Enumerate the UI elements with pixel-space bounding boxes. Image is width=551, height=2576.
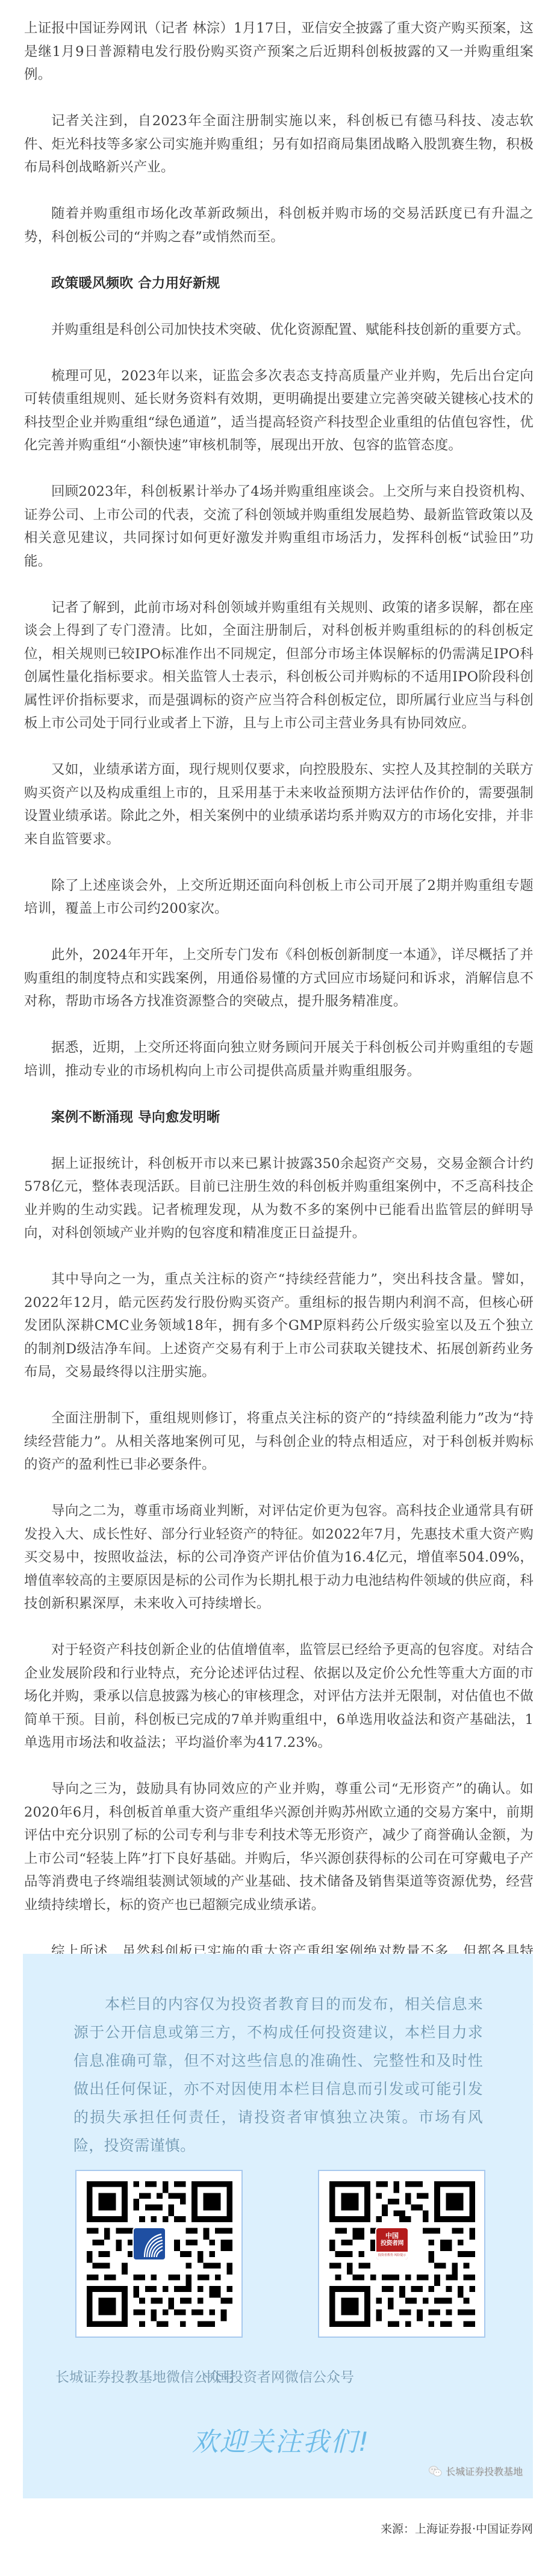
article-paragraph: 记者关注到，自2023年全面注册制实施以来，科创板已有德马科技、凌志软件、炬光科… — [24, 110, 534, 179]
article-paragraph: 记者了解到，此前市场对科创领域并购重组有关规则、政策的诸多误解，都在座谈会上得到… — [24, 596, 534, 735]
article-paragraph: 全面注册制下，重组规则修订，将重点关注标的资产的“持续盈利能力”改为“持续经营能… — [24, 1407, 534, 1477]
article-paragraph: 导向之三为，鼓励具有协同效应的产业并购，尊重公司“无形资产”的确认。如2020年… — [24, 1778, 534, 1917]
article-paragraph: 其中导向之一为，重点关注标的资产“持续经营能力”，突出科技含量。譬如，2022年… — [24, 1268, 534, 1384]
welcome-follow-us: 欢迎关注我们! — [23, 2420, 533, 2459]
article-paragraph: 对于轻资产科技创新企业的估值增值率，监管层已经给予更高的包容度。对结合企业发展阶… — [24, 1639, 534, 1755]
article-paragraph: 又如，业绩承诺方面，现行规则仅要求，向控股股东、实控人及其控制的关联方购买资产以… — [24, 758, 534, 851]
disclaimer-text: 本栏目的内容仅为投资者教育目的而发布，相关信息来源于公开信息或第三方，不构成任何… — [73, 1990, 483, 2160]
article-paragraph: 梳理可见，2023年以来，证监会多次表态支持高质量产业并购，先后出台定向可转债重… — [24, 365, 534, 457]
wechat-icon — [429, 2465, 442, 2477]
article-body: 上证报中国证券网讯（记者 林淙）1月17日，亚信安全披露了重大资产购买预案，这是… — [24, 17, 534, 2148]
investor-education-notice: 本栏目的内容仅为投资者教育目的而发布，相关信息来源于公开信息或第三方，不构成任何… — [23, 1954, 533, 2498]
qr-card-great-wall-securities[interactable] — [75, 2170, 243, 2338]
article-paragraph: 此外，2024年开年，上交所专门发布《科创板创新制度一本通》，详尽概括了并购重组… — [24, 944, 534, 1013]
article-paragraph: 据悉，近期，上交所还将面向独立财务顾问开展关于科创板公司并购重组的专题培训，推动… — [24, 1036, 534, 1083]
article-paragraph: 除了上述座谈会外，上交所近期还面向科创板上市公司开展了2期并购重组专题培训，覆盖… — [24, 874, 534, 921]
article-paragraph: 据上证报统计，科创板开市以来已累计披露350余起资产交易，交易金额合计约578亿… — [24, 1152, 534, 1245]
wechat-watermark: 长城证券投教基地 — [429, 2464, 523, 2478]
article-source: 来源：上海证券报·中国证券网 — [381, 2520, 533, 2536]
section-heading: 政策暖风频吹 合力用好新规 — [24, 272, 534, 295]
qr-card-china-investor-network[interactable]: 中国 投资者网 投资者教育·风险提示 — [318, 2170, 485, 2338]
article-paragraph: 并购重组是科创公司加快技术突破、优化资源配置、赋能科技创新的重要方式。 — [24, 318, 534, 342]
qr-label-china-investor-network: 中国投资者网微信公众号 — [202, 2366, 354, 2386]
article-lead-paragraph: 上证报中国证券网讯（记者 林淙）1月17日，亚信安全披露了重大资产购买预案，这是… — [24, 17, 534, 87]
article-paragraph: 导向之二为，尊重市场商业判断，对评估定价更为包容。高科技企业通常具有研发投入大、… — [24, 1500, 534, 1616]
great-wall-securities-logo-icon — [132, 2227, 166, 2261]
article-paragraph: 回顾2023年，科创板累计举办了4场并购重组座谈会。上交所与来自投资机构、证券公… — [24, 480, 534, 573]
article-paragraph: 随着并购重组市场化改革新政频出，科创板并购市场的交易活跃度已有升温之势，科创板公… — [24, 202, 534, 249]
section-heading: 案例不断涌现 导向愈发明晰 — [24, 1106, 534, 1129]
china-investor-network-logo-icon: 中国 投资者网 投资者教育·风险提示 — [375, 2227, 409, 2261]
wechat-account-name: 长城证券投教基地 — [446, 2464, 523, 2478]
